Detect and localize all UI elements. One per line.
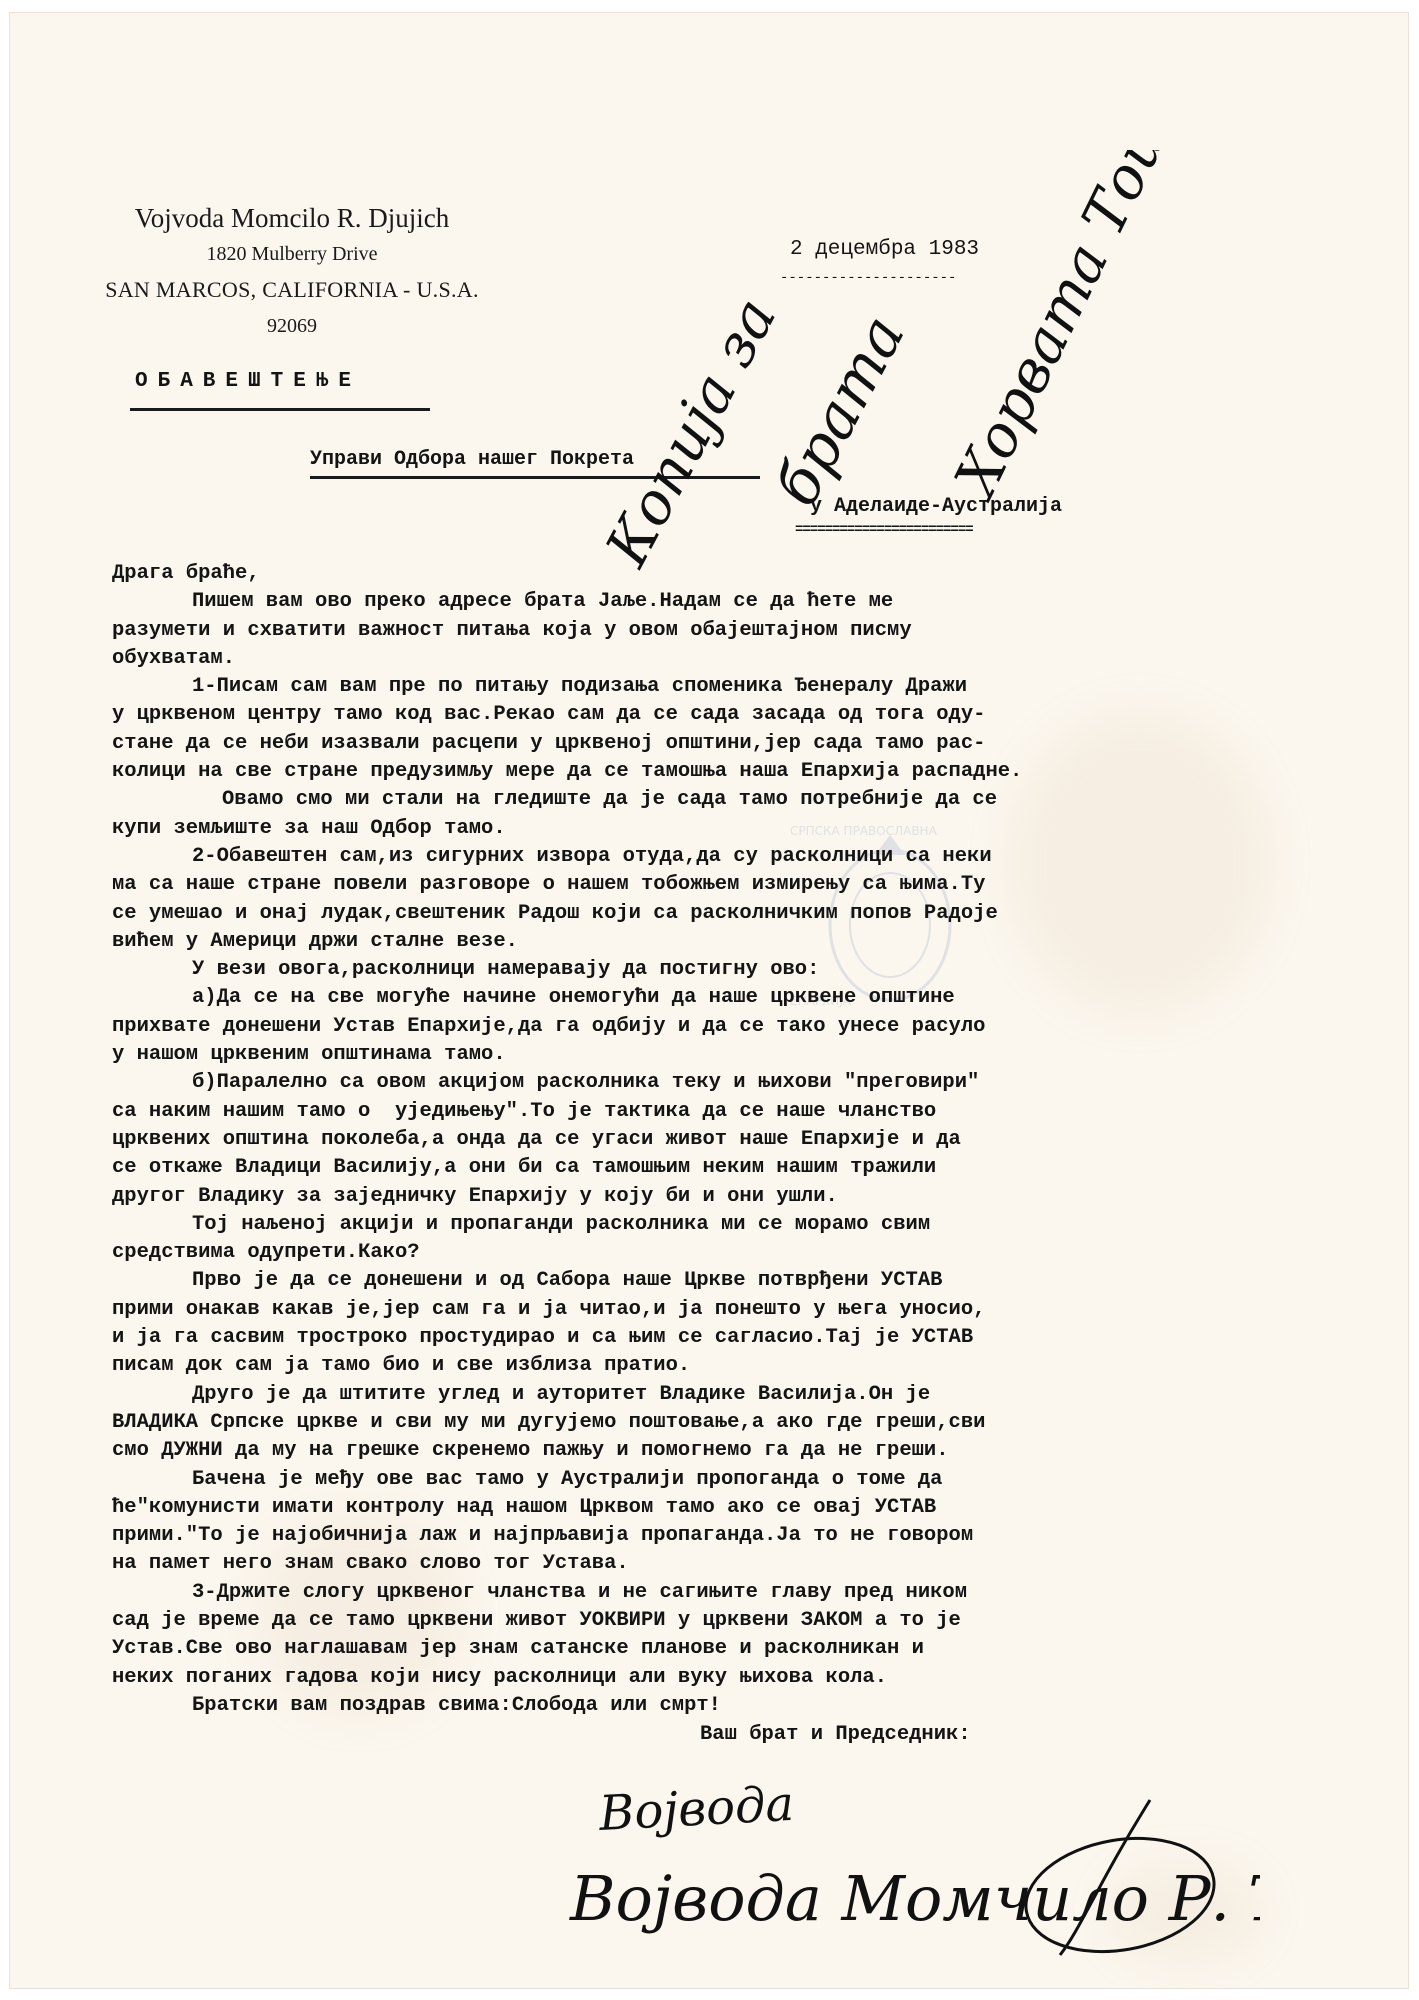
body-line: и ја га сасвим трострoко простудирао и с…	[112, 1324, 1322, 1352]
body-line: прими онакав какав је,јер сам га и ја чи…	[112, 1296, 1322, 1324]
letter-body: Драга браће, Пишем вам ово преко адресе …	[112, 560, 1322, 1720]
body-line: стане да се неби изазвали расцепи у цркв…	[112, 730, 1322, 758]
addressee: Управи Одбора нашег Покрета	[310, 448, 634, 471]
body-line: Прво је да се донешени и од Сабора наше …	[112, 1267, 1322, 1295]
body-line: 2-Обавештен сам,из сигурних извора отуда…	[112, 843, 1322, 871]
body-line: другог Владику за заједничку Епархију у …	[112, 1183, 1322, 1211]
body-line: 3-Држите слогу црквеног чланства и не са…	[112, 1579, 1322, 1607]
body-line: разумети и схватити важност питања која …	[112, 617, 1322, 645]
letterhead: Vojvoda Momcilo R. Djujich 1820 Mulberry…	[62, 200, 522, 344]
body-line: смо ДУЖНИ да му на грешке скренемо пажњу…	[112, 1437, 1322, 1465]
document-title: ОБАВЕШТЕЊЕ	[135, 370, 361, 393]
body-line: обухватам.	[112, 645, 1322, 673]
body-line: Устав.Све ово наглашавам јер знам сатанс…	[112, 1635, 1322, 1663]
body-line: писам док сам ја тамо био и све изблиза …	[112, 1352, 1322, 1380]
body-line: са наким нашим тамо о уједињењу".То је т…	[112, 1098, 1322, 1126]
sender-city: SAN MARCOS, CALIFORNIA - U.S.A.	[62, 272, 522, 308]
handwritten-signature: Војвода Војвода Момчило Р. Ђујић	[540, 1760, 1260, 1960]
body-line: прихвате донешени Устав Епархије,да га о…	[112, 1013, 1322, 1041]
body-line: колици на све стране предузимљу мере да …	[112, 758, 1322, 786]
body-line: Тој наљеној акцији и пропаганди расколни…	[112, 1211, 1322, 1239]
body-line: ВЛАДИКА Српске цркве и сви му ми дугујем…	[112, 1409, 1322, 1437]
body-line: б)Паралелно са овом акцијом расколника т…	[112, 1069, 1322, 1097]
sender-name: Vojvoda Momcilo R. Djujich	[62, 200, 522, 236]
title-underline	[130, 408, 430, 411]
closing-line: Ваш брат и Председник:	[700, 1723, 971, 1746]
body-line: у црквеном центру тамо код вас.Рекао сам…	[112, 701, 1322, 729]
body-line: прими."То је најобичнија лаж и најпрљави…	[112, 1522, 1322, 1550]
body-line: Овамо смо ми стали на гледиште да је сад…	[112, 786, 1322, 814]
body-line: Бачена је међу ове вас тамо у Аустралији…	[112, 1466, 1322, 1494]
body-line: купи земљиште за наш Одбор тамо.	[112, 815, 1322, 843]
body-line: се умешао и онај лудак,свештеник Радош к…	[112, 900, 1322, 928]
handwritten-note-line-3: Хорвата Тошка	[940, 150, 1217, 510]
body-line: у нашом црквеним општинама тамо.	[112, 1041, 1322, 1069]
handwritten-note: Копија за брата Хорвата Тошка	[600, 150, 1320, 580]
salutation: Драга браће,	[112, 560, 1322, 588]
body-line: црквених општина поколеба,а онда да се у…	[112, 1126, 1322, 1154]
signature-name: Војвода Момчило Р. Ђујић	[569, 1862, 1260, 1935]
svg-text:Војвода: Војвода	[597, 1776, 796, 1842]
body-line: средствима одупрети.Како?	[112, 1239, 1322, 1267]
body-line: се откаже Владици Василију,а они би са т…	[112, 1154, 1322, 1182]
body-line: вићем у Америци држи сталне везе.	[112, 928, 1322, 956]
handwritten-note-line-1: Копија за	[600, 287, 789, 577]
body-line: ће"комунисти имати контролу над нашом Цр…	[112, 1494, 1322, 1522]
body-line: Друго је да штитите углед и ауторитет Вл…	[112, 1381, 1322, 1409]
body-line: на памет него знам свако слово тог Устав…	[112, 1550, 1322, 1578]
body-line: сад је време да се тамо црквени живот УО…	[112, 1607, 1322, 1635]
body-line: ма са наше стране повели разговоре о наш…	[112, 871, 1322, 899]
body-line: Пишем вам ово преко адресе брата Јаље.На…	[112, 588, 1322, 616]
handwritten-note-line-2: брата	[761, 305, 918, 518]
body-line: неких поганих гадова који нису расколниц…	[112, 1664, 1322, 1692]
body-line: 1-Писам сам вам пре по питању подизања с…	[112, 673, 1322, 701]
sender-zip: 92069	[62, 308, 522, 344]
body-line: а)Да се на све могуће начине онемогући д…	[112, 984, 1322, 1012]
body-line: У вези овога,расколници намеравају да по…	[112, 956, 1322, 984]
sender-street: 1820 Mulberry Drive	[62, 236, 522, 272]
body-line: Братски вам поздрав свима:Слобода или см…	[112, 1692, 1322, 1720]
